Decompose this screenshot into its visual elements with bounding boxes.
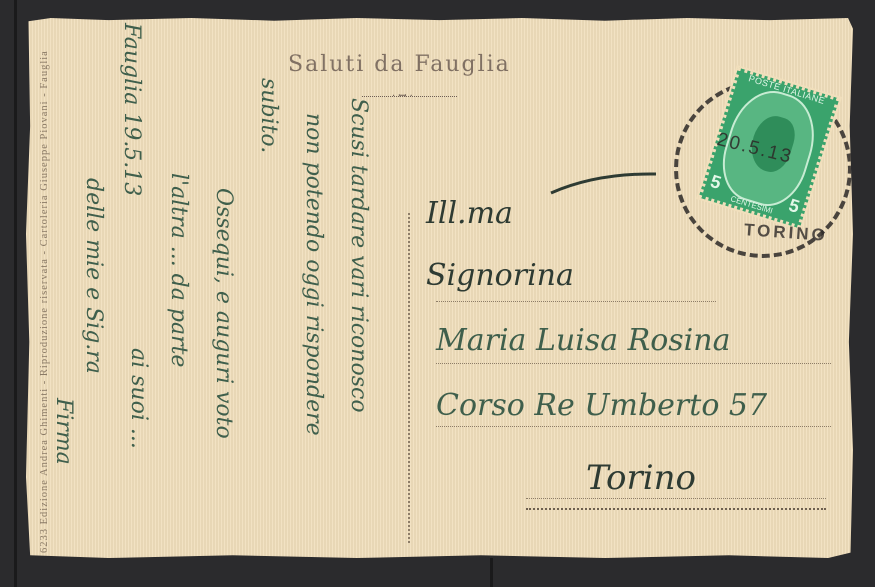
message-line-7: Fauglia 19.5.13	[119, 23, 144, 196]
address-line-1	[436, 301, 716, 302]
stamp-value-right: 5	[786, 195, 802, 218]
address-title: Signorina	[426, 258, 574, 293]
address-honorific: Ill.ma	[426, 196, 513, 231]
message-signature: Firma	[51, 398, 76, 465]
address-line-3	[436, 426, 831, 427]
message-line-6: ai suoi ...	[126, 348, 151, 449]
address-line-5	[526, 508, 826, 510]
postcard: Saluti da Fauglia 6233 Edizione Andrea G…	[26, 18, 853, 558]
scanner-edge-left	[14, 0, 17, 587]
message-line-2: non potendo oggi rispondere	[301, 113, 326, 436]
address-city: Torino	[586, 458, 696, 498]
message-line-1: Scusi tardare vari riconosco	[346, 98, 371, 413]
message-line-4: Ossequi, e auguri voto	[211, 188, 236, 439]
message-line-5: l'altra ... da parte	[166, 173, 191, 367]
message-line-8: delle mie e Sig.ra	[81, 178, 106, 374]
handwritten-flourish	[546, 168, 666, 198]
address-street: Corso Re Umberto 57	[436, 388, 767, 423]
publisher-imprint: 6233 Edizione Andrea Ghimenti - Riproduz…	[39, 43, 50, 553]
message-line-3: subito.	[256, 78, 281, 153]
address-name: Maria Luisa Rosina	[436, 323, 730, 358]
address-line-2	[436, 363, 831, 364]
heading-ornament	[362, 96, 457, 97]
address-line-4	[526, 498, 826, 499]
scanner-edge-bottom	[490, 558, 493, 587]
postcard-heading: Saluti da Fauglia	[288, 52, 511, 77]
address-divider	[408, 213, 410, 543]
